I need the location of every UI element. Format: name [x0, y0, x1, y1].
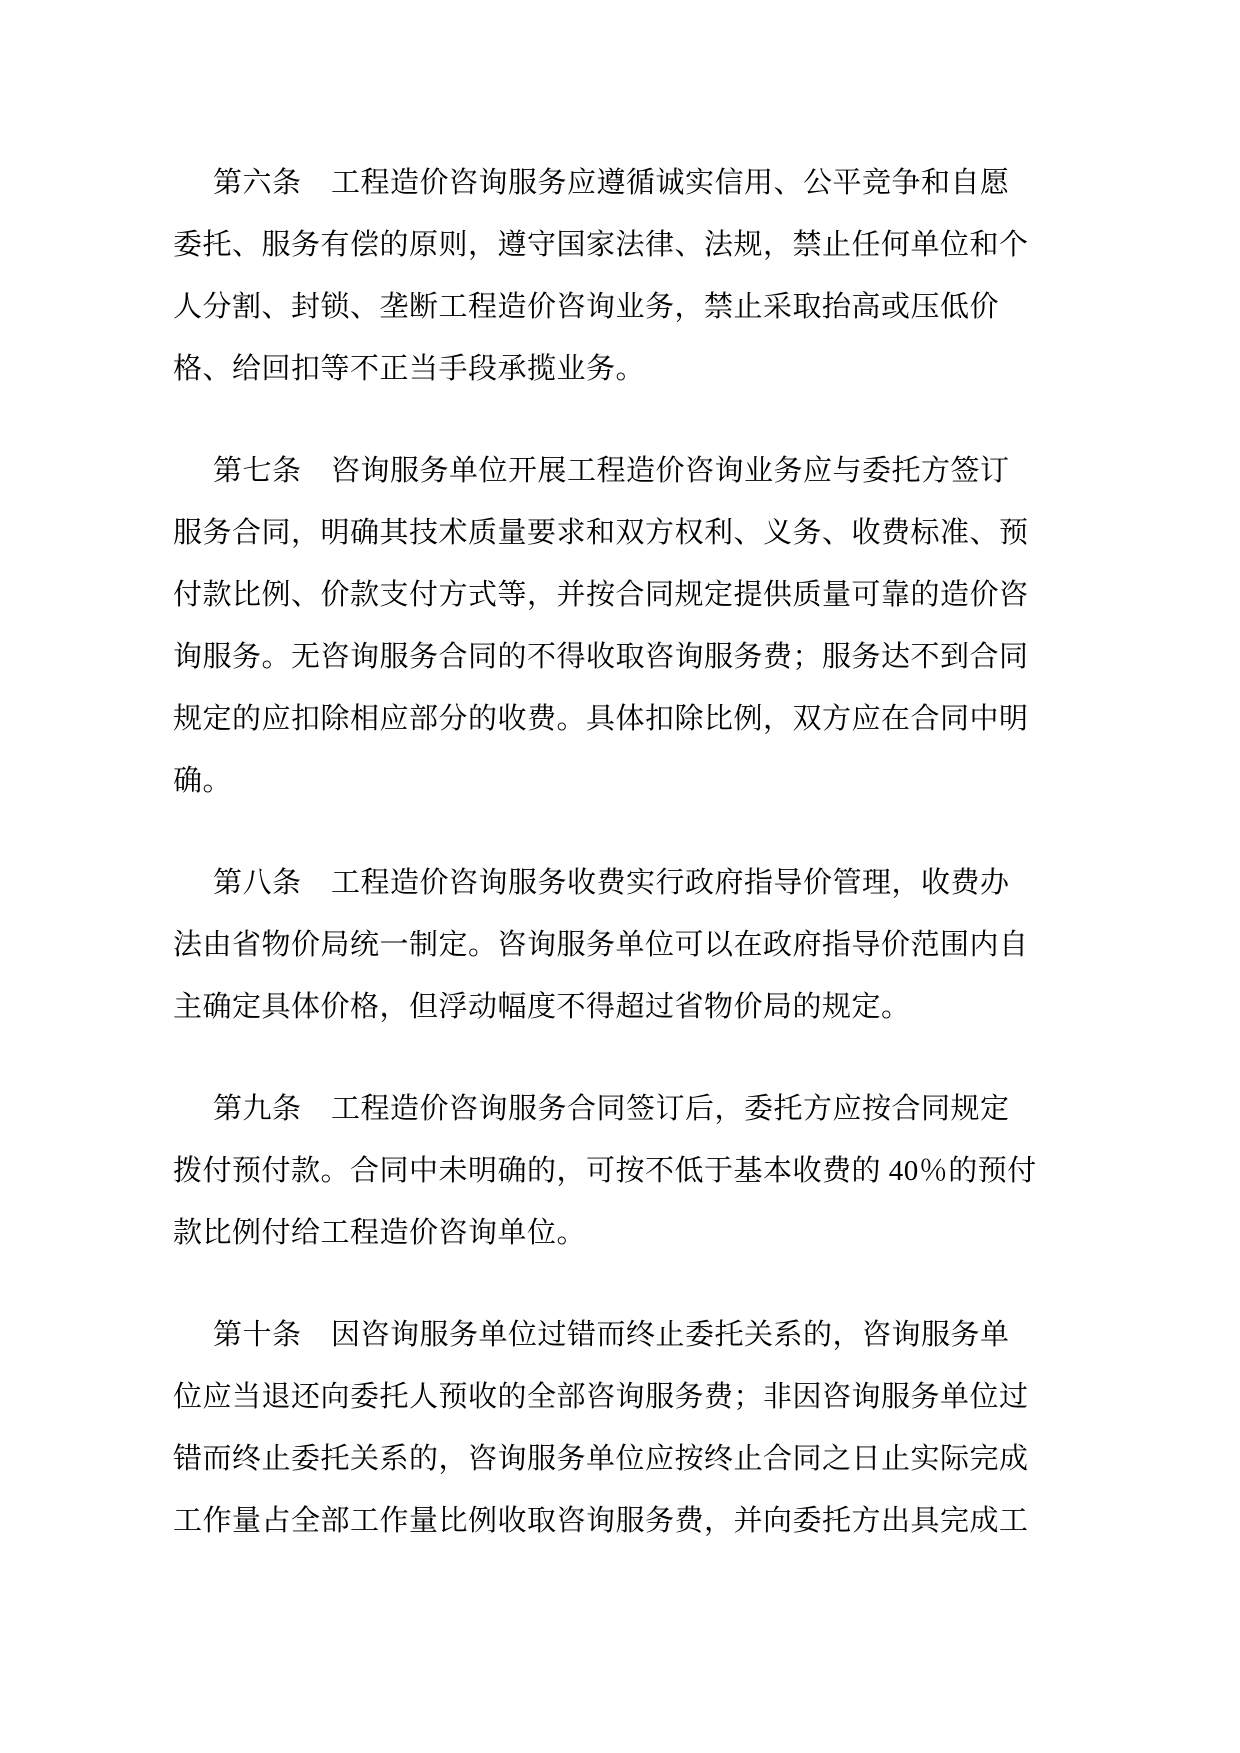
text-line: 款比例付给工程造价咨询单位。 [173, 1202, 1073, 1264]
document-content: 第六条 工程造价咨询服务应遵循诚实信用、公平竞争和自愿委托、服务有偿的原则，遵守… [173, 152, 1073, 1552]
text-line: 第九条 工程造价咨询服务合同签订后，委托方应按合同规定 [173, 1078, 1073, 1140]
text-line: 付款比例、价款支付方式等，并按合同规定提供质量可靠的造价咨 [173, 564, 1073, 626]
text-line: 第六条 工程造价咨询服务应遵循诚实信用、公平竞争和自愿 [173, 152, 1073, 214]
document-page: 第六条 工程造价咨询服务应遵循诚实信用、公平竞争和自愿委托、服务有偿的原则，遵守… [0, 0, 1240, 1753]
text-line: 主确定具体价格，但浮动幅度不得超过省物价局的规定。 [173, 976, 1073, 1038]
text-line: 人分割、封锁、垄断工程造价咨询业务，禁止采取抬高或压低价 [173, 276, 1073, 338]
text-line: 委托、服务有偿的原则，遵守国家法律、法规，禁止任何单位和个 [173, 214, 1073, 276]
paragraph-article-8: 第八条 工程造价咨询服务收费实行政府指导价管理，收费办法由省物价局统一制定。咨询… [173, 852, 1073, 1038]
paragraph-article-10: 第十条 因咨询服务单位过错而终止委托关系的，咨询服务单位应当退还向委托人预收的全… [173, 1304, 1073, 1552]
text-line: 询服务。无咨询服务合同的不得收取咨询服务费；服务达不到合同 [173, 626, 1073, 688]
paragraph-article-6: 第六条 工程造价咨询服务应遵循诚实信用、公平竞争和自愿委托、服务有偿的原则，遵守… [173, 152, 1073, 400]
text-line: 确。 [173, 750, 1073, 812]
text-line: 错而终止委托关系的，咨询服务单位应按终止合同之日止实际完成 [173, 1428, 1073, 1490]
text-line: 第十条 因咨询服务单位过错而终止委托关系的，咨询服务单 [173, 1304, 1073, 1366]
text-line: 位应当退还向委托人预收的全部咨询服务费；非因咨询服务单位过 [173, 1366, 1073, 1428]
text-line: 拨付预付款。合同中未明确的，可按不低于基本收费的 40％的预付 [173, 1140, 1073, 1202]
text-line: 法由省物价局统一制定。咨询服务单位可以在政府指导价范围内自 [173, 914, 1073, 976]
text-line: 第八条 工程造价咨询服务收费实行政府指导价管理，收费办 [173, 852, 1073, 914]
text-line: 工作量占全部工作量比例收取咨询服务费，并向委托方出具完成工 [173, 1490, 1073, 1552]
text-line: 规定的应扣除相应部分的收费。具体扣除比例，双方应在合同中明 [173, 688, 1073, 750]
text-line: 第七条 咨询服务单位开展工程造价咨询业务应与委托方签订 [173, 440, 1073, 502]
text-line: 格、给回扣等不正当手段承揽业务。 [173, 338, 1073, 400]
text-line: 服务合同，明确其技术质量要求和双方权利、义务、收费标准、预 [173, 502, 1073, 564]
paragraph-article-7: 第七条 咨询服务单位开展工程造价咨询业务应与委托方签订服务合同，明确其技术质量要… [173, 440, 1073, 812]
paragraph-article-9: 第九条 工程造价咨询服务合同签订后，委托方应按合同规定拨付预付款。合同中未明确的… [173, 1078, 1073, 1264]
